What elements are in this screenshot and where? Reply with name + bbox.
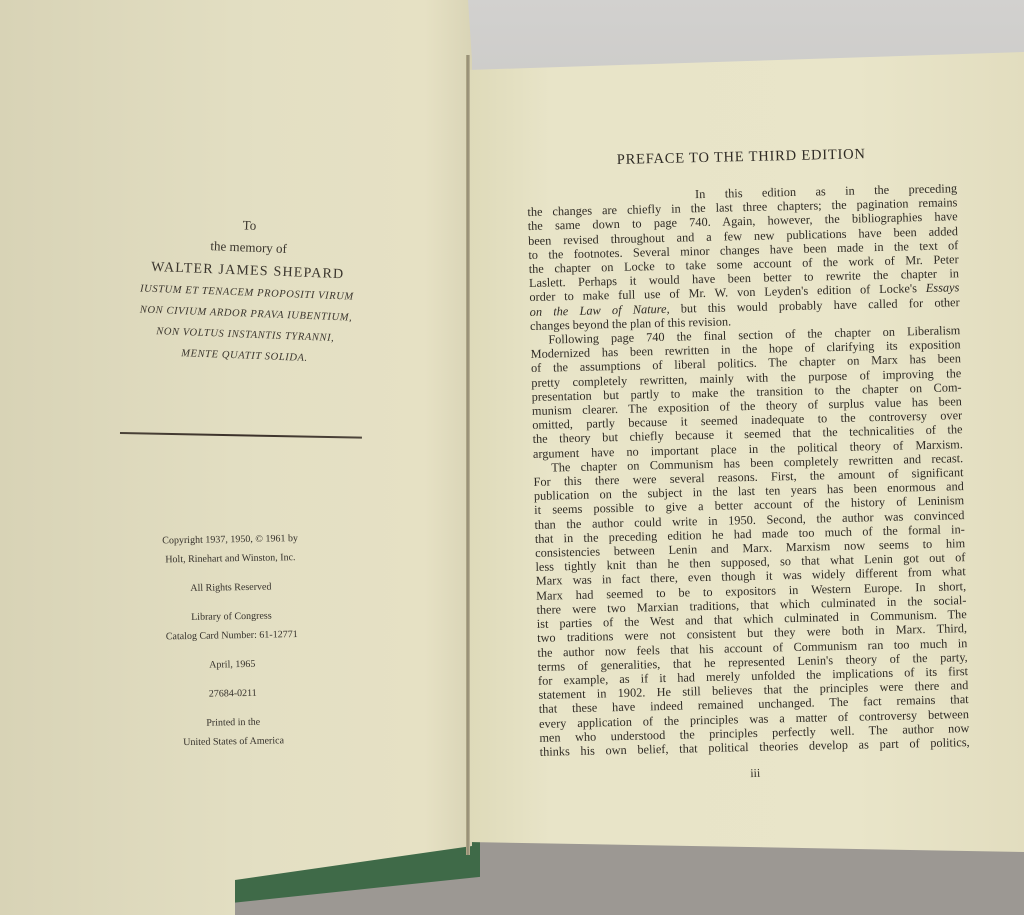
italic-title: Essays: [926, 281, 960, 296]
publisher-line: Holt, Rinehart and Winston, Inc.: [130, 552, 330, 566]
left-page: [0, 0, 472, 915]
loc-line: Library of Congress: [131, 609, 331, 623]
printed-line: Printed in the: [133, 715, 333, 729]
copyright-line: Copyright 1937, 1950, © 1961 by: [130, 533, 330, 547]
catalog-number: Catalog Card Number: 61-12771: [132, 628, 332, 642]
book-gutter: [466, 55, 470, 855]
preface-content: PREFACE TO THE THIRD EDITION In this edi…: [526, 138, 970, 786]
paragraph-1: In this edition as in the preceding the …: [527, 181, 960, 333]
print-code: 27684-0211: [133, 686, 333, 700]
dedication: To the memory of WALTER JAMES SHEPARD IU…: [124, 210, 370, 371]
paragraph-2: Following page 740 the final section of …: [530, 323, 963, 461]
rights-line: All Rights Reserved: [131, 581, 331, 595]
print-date: April, 1965: [132, 657, 332, 671]
copyright-block: Copyright 1937, 1950, © 1961 by Holt, Ri…: [130, 533, 334, 749]
paragraph-3: The chapter on Communism has been comple…: [533, 451, 970, 759]
preface-title: PREFACE TO THE THIRD EDITION: [526, 144, 956, 171]
